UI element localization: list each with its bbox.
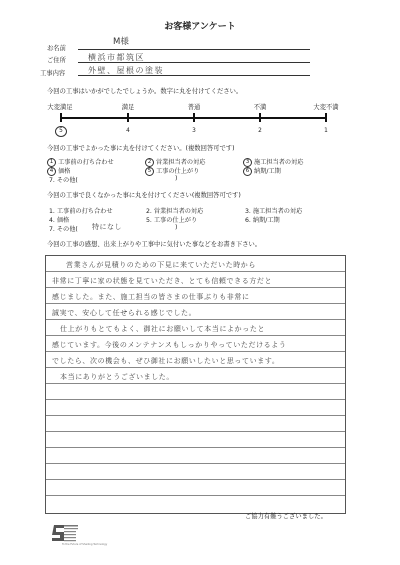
option-label: 施工担当者の対応	[253, 208, 303, 215]
comment-line: 本当にありがとうございました。	[60, 372, 174, 382]
bad-option-4[interactable]: 4. 価格	[49, 215, 69, 224]
bad-option-7[interactable]: 7. その他(	[49, 224, 78, 233]
survey-title: お客様アンケート	[0, 19, 400, 32]
bad-points-question: 今回の工事で良くなかった事に丸を付けてください(複数回答可です)	[47, 190, 241, 199]
bad-option-2[interactable]: 2. 営業担当者の対応	[146, 206, 203, 215]
option-number: 7.	[49, 177, 55, 184]
work-content-label: 工事内容	[40, 68, 65, 77]
scale-label-4: 満足	[108, 102, 148, 111]
ruled-line	[46, 399, 345, 400]
bad-other-close: )	[175, 224, 177, 231]
option-label: 納期/工期	[254, 168, 281, 175]
option-label: 工事前の打ち合わせ	[58, 159, 114, 166]
option-label: 納期/工期	[253, 217, 280, 224]
name-value: M様	[113, 35, 129, 47]
ruled-line	[46, 367, 345, 368]
good-points-question: 今回の工事でよかった事に丸を付けてください。(複数回答可です)	[47, 143, 235, 152]
circled-number: 6	[243, 167, 252, 176]
option-label: その他(	[57, 177, 78, 184]
ruled-line	[46, 383, 345, 384]
option-label: 工事前の打ち合わせ	[57, 208, 113, 215]
logo-tagline: To the Future of Shading Technology	[62, 543, 107, 546]
comment-line: 仕上がりもとてもよく、御社にお願いして本当によかったと	[60, 324, 265, 334]
option-label: 価格	[58, 168, 70, 175]
option-label: その他(	[57, 226, 78, 233]
scale-tick	[127, 113, 129, 122]
bad-option-3[interactable]: 3. 施工担当者の対応	[245, 206, 302, 215]
scale-number-5[interactable]: 5	[51, 128, 71, 134]
ruled-line	[46, 463, 345, 464]
scale-label-1: 大変不満	[306, 102, 346, 111]
scale-label-2: 不満	[240, 102, 280, 111]
address-label: ご住所	[47, 55, 66, 64]
ruled-line	[46, 495, 345, 496]
ruled-line	[46, 303, 345, 304]
option-number: 5.	[146, 217, 152, 224]
scale-number-4[interactable]: 4	[118, 128, 138, 134]
option-number: 3.	[245, 208, 251, 215]
ruled-line	[46, 287, 345, 288]
scale-tick	[259, 113, 261, 122]
scale-number-2[interactable]: 2	[250, 128, 270, 134]
comment-line: 感じました。また、施工担当の皆さまの仕事ぶりも非常に	[52, 292, 250, 302]
option-label: 営業担当者の対応	[156, 159, 206, 166]
scale-number-3[interactable]: 3	[184, 128, 204, 134]
comment-line: 営業さんが見積りのための下見に来ていただいた時から	[66, 260, 256, 270]
option-label: 営業担当者の対応	[154, 208, 204, 215]
work-content-underline	[78, 75, 310, 76]
good-other-close: )	[175, 175, 177, 182]
bad-option-5[interactable]: 5. 工事の仕上がり	[146, 215, 197, 224]
ruled-line	[46, 271, 345, 272]
comment-line: でしたら、次の機会も、ぜひ御社にお願いしたいと思っています。	[52, 356, 279, 366]
option-number: 4.	[49, 217, 55, 224]
name-underline	[78, 49, 310, 50]
good-option-7[interactable]: 7. その他(	[49, 175, 78, 184]
satisfaction-question: 今回の工事はいかがでしたでしょうか。数字に丸を付けてください。	[47, 86, 242, 95]
ruled-line	[46, 335, 345, 336]
scale-tick	[325, 113, 327, 122]
option-number: 2.	[146, 208, 152, 215]
thanks-message: ご協力有難うございました。	[245, 511, 327, 520]
bad-option-1[interactable]: 1. 工事前の打ち合わせ	[49, 206, 113, 215]
scale-tick	[193, 113, 195, 122]
option-number: 1.	[49, 208, 55, 215]
ruled-line	[46, 447, 345, 448]
comments-box[interactable]: 営業さんが見積りのための下見に来ていただいた時から 非常に丁寧に家の状態を見てい…	[45, 255, 346, 514]
option-label: 価格	[57, 217, 69, 224]
good-option-5[interactable]: 5工事の仕上がり	[145, 166, 199, 176]
ruled-line	[46, 479, 345, 480]
option-label: 工事の仕上がり	[156, 168, 199, 175]
option-label: 工事の仕上がり	[154, 217, 197, 224]
address-underline	[78, 62, 310, 63]
bad-option-6[interactable]: 6. 納期/工期	[245, 215, 280, 224]
comment-line: 誠実で、安心して任せられる感じでした。	[52, 308, 196, 318]
option-number: 7.	[49, 226, 55, 233]
bad-other-value[interactable]: 特になし	[92, 222, 122, 232]
ruled-line	[46, 431, 345, 432]
good-option-6[interactable]: 6納期/工期	[243, 166, 281, 176]
ruled-line	[46, 319, 345, 320]
scale-label-5: 大変満足	[40, 102, 80, 111]
scale-tick	[60, 113, 62, 122]
ruled-line	[46, 351, 345, 352]
circled-number: 5	[145, 167, 154, 176]
comment-line: 感じています。今後のメンテナンスもしっかりやっていただけるよう	[52, 340, 286, 350]
option-label: 施工担当者の対応	[254, 159, 304, 166]
name-label: お名前	[47, 43, 66, 52]
comments-question: 今回の工事の感想、出来上がりや工事中に気付いた事などをお書き下さい。	[47, 239, 261, 248]
option-number: 6.	[245, 217, 251, 224]
scale-label-3: 普通	[174, 102, 214, 111]
comment-line: 非常に丁寧に家の状態を見ていただき、とても信頼できる方だと	[52, 276, 272, 286]
scale-number-1[interactable]: 1	[316, 128, 336, 134]
ruled-line	[46, 415, 345, 416]
